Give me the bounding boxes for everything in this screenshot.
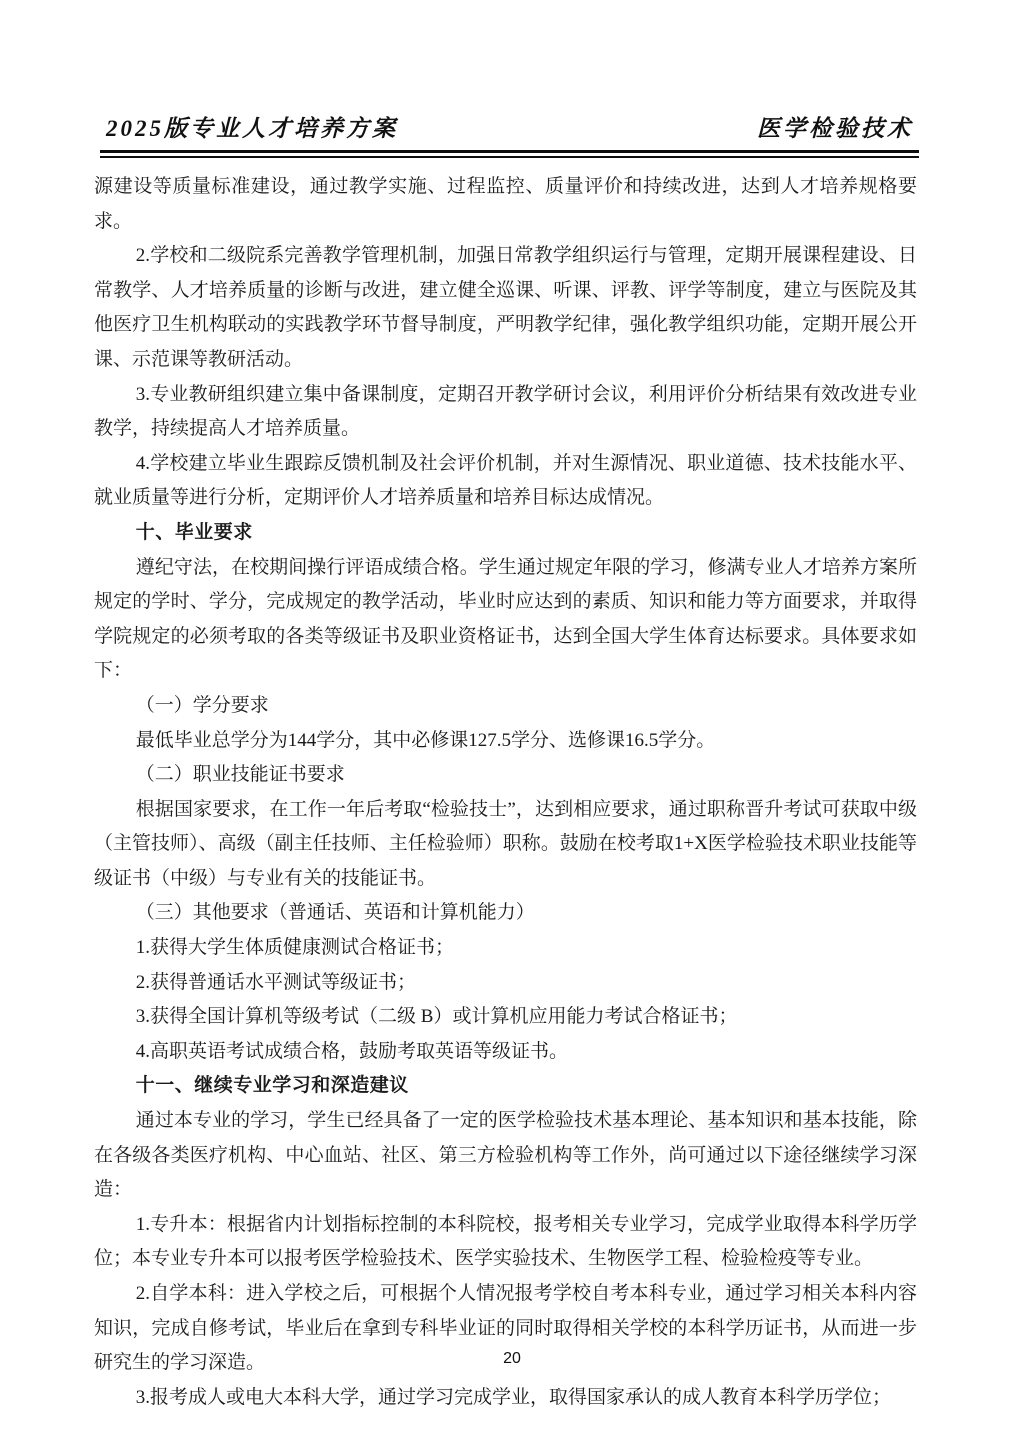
document-body: 源建设等质量标准建设，通过教学实施、过程监控、质量评价和持续改进，达到人才培养规… (94, 170, 917, 1415)
header-rule-thick (100, 150, 919, 153)
paragraph: 最低毕业总学分为144学分，其中必修课127.5学分、选修课16.5学分。 (94, 724, 917, 759)
header-rule-thin (100, 156, 919, 158)
page-header: 2025版专业人才培养方案 医学检验技术 (100, 110, 919, 158)
paragraph: 2.学校和二级院系完善教学管理机制，加强日常教学组织运行与管理，定期开展课程建设… (94, 239, 917, 377)
section-heading: 十、毕业要求 (94, 516, 917, 551)
paragraph: 1.专升本：根据省内计划指标控制的本科院校，报考相关专业学习，完成学业取得本科学… (94, 1208, 917, 1277)
page-footer: 20 (0, 1350, 1024, 1368)
paragraph: 1.获得大学生体质健康测试合格证书； (94, 931, 917, 966)
paragraph: 通过本专业的学习，学生已经具备了一定的医学检验技术基本理论、基本知识和基本技能，… (94, 1104, 917, 1208)
paragraph: 2.获得普通话水平测试等级证书； (94, 966, 917, 1001)
paragraph: 遵纪守法，在校期间操行评语成绩合格。学生通过规定年限的学习，修满专业人才培养方案… (94, 551, 917, 689)
document-page: 2025版专业人才培养方案 医学检验技术 源建设等质量标准建设，通过教学实施、过… (0, 0, 1024, 1448)
paragraph: （二）职业技能证书要求 (94, 758, 917, 793)
paragraph: （一）学分要求 (94, 689, 917, 724)
paragraph: 4.学校建立毕业生跟踪反馈机制及社会评价机制，并对生源情况、职业道德、技术技能水… (94, 447, 917, 516)
paragraph: 3.报考成人或电大本科大学，通过学习完成学业，取得国家承认的成人教育本科学历学位… (94, 1381, 917, 1416)
header-row: 2025版专业人才培养方案 医学检验技术 (100, 110, 919, 150)
paragraph: 4.高职英语考试成绩合格，鼓励考取英语等级证书。 (94, 1035, 917, 1070)
paragraph: 源建设等质量标准建设，通过教学实施、过程监控、质量评价和持续改进，达到人才培养规… (94, 170, 917, 239)
paragraph: 根据国家要求，在工作一年后考取“检验技士”，达到相应要求，通过职称晋升考试可获取… (94, 793, 917, 897)
paragraph: （三）其他要求（普通话、英语和计算机能力） (94, 896, 917, 931)
header-left-title: 2025版专业人才培养方案 (106, 110, 398, 143)
paragraph: 3.获得全国计算机等级考试（二级 B）或计算机应用能力考试合格证书； (94, 1000, 917, 1035)
page-number: 20 (503, 1350, 521, 1367)
paragraph: 3.专业教研组织建立集中备课制度，定期召开教学研讨会议，利用评价分析结果有效改进… (94, 378, 917, 447)
header-right-title: 医学检验技术 (757, 110, 913, 143)
section-heading: 十一、继续专业学习和深造建议 (94, 1069, 917, 1104)
